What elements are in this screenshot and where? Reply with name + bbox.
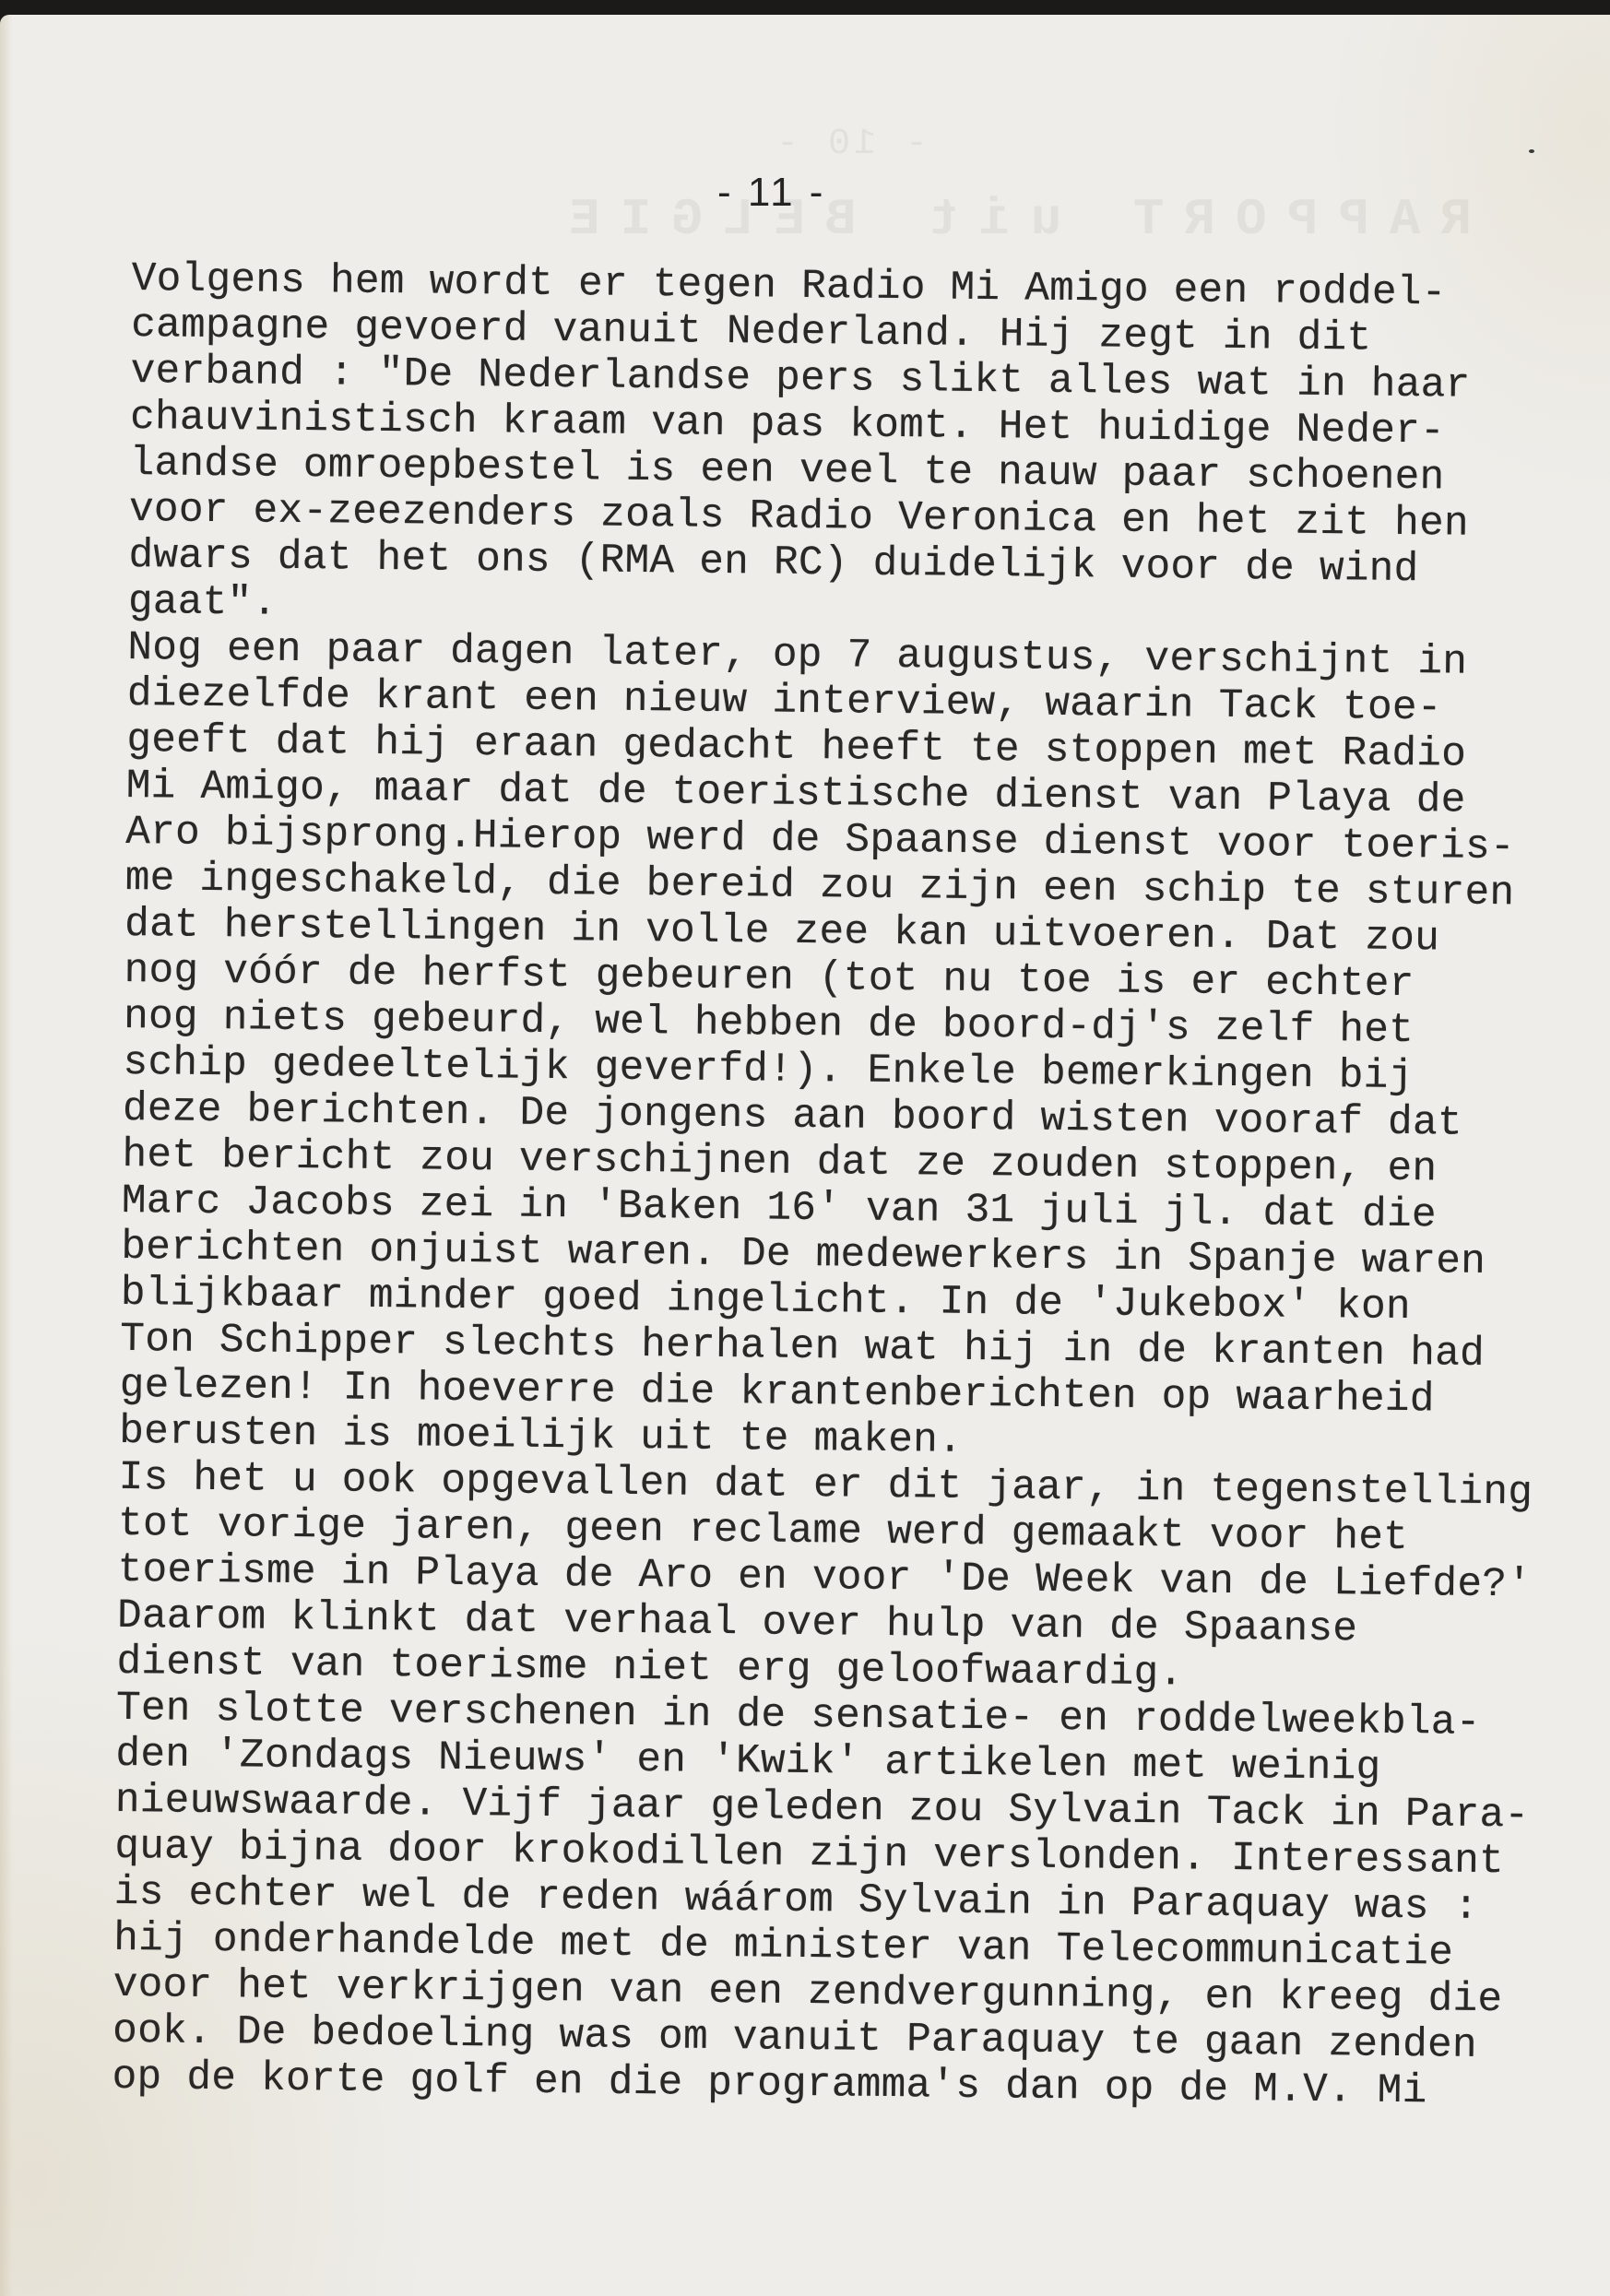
ink-speck [1529, 149, 1534, 153]
document-page: - 10 - RAPPORT uit BELGIE - 11 - Volgens… [0, 15, 1610, 2296]
body-text: Volgens hem wordt er tegen Radio Mi Amig… [112, 256, 1545, 2115]
page-edge-shadow [0, 15, 13, 2296]
bleed-through-page-number: - 10 - [773, 124, 928, 165]
page-number: - 11 - [717, 170, 825, 216]
bleed-through-title: RAPPORT uit BELGIE [549, 190, 1472, 249]
